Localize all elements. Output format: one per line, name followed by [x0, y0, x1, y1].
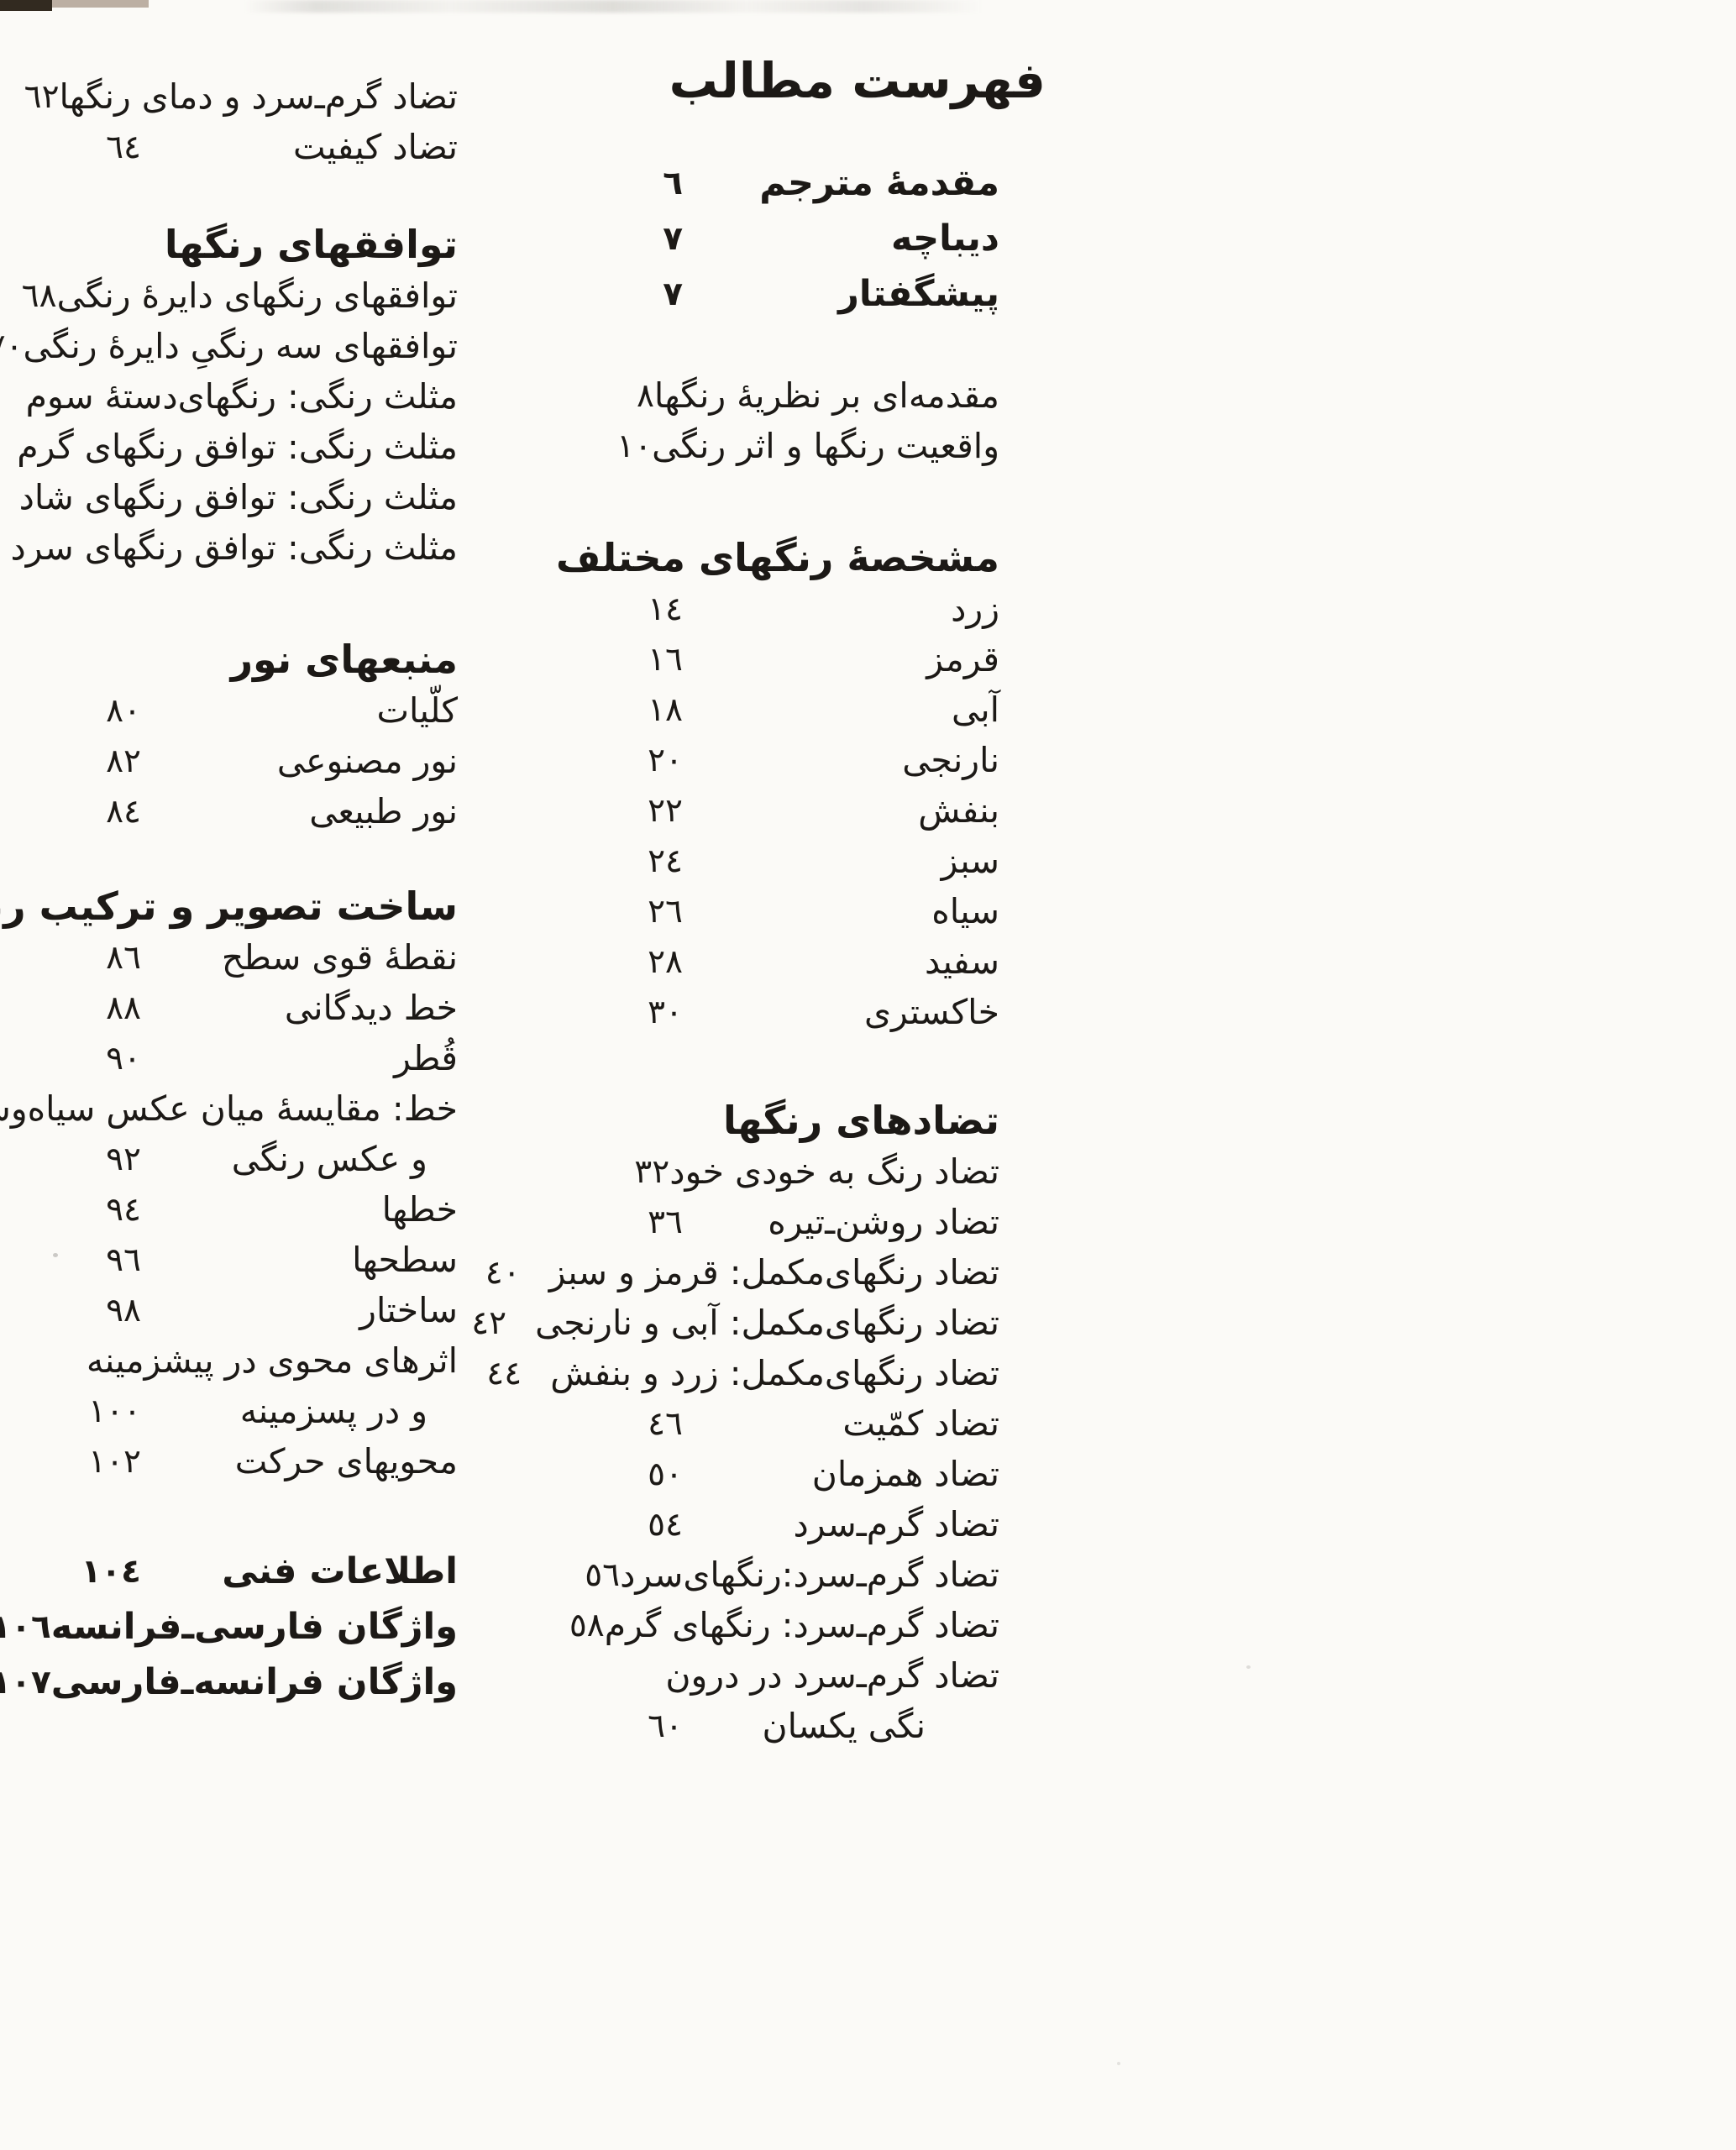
- entry-page-number: ٢٠: [617, 742, 683, 779]
- entry-title: دیباچه: [891, 218, 999, 260]
- toc-row: تضاد روشن‌ـ‌تیره٣٦: [617, 1197, 999, 1247]
- toc-row: بنفش٢٢: [617, 785, 999, 836]
- toc-row: مثلث رنگی: توافق رنگهای شاد٧٦: [76, 472, 458, 522]
- entry-title: توافقهای سه رنگیِ دایرهٔ رنگی: [24, 326, 459, 366]
- toc-section: تضادهای رنگهاتضاد رنگ به خودی خود٣٢تضاد …: [617, 1094, 999, 1751]
- toc-section: تضاد گرم‌ـ‌سرد و دمای رنگها٦٢تضاد کیفیت٦…: [76, 71, 458, 172]
- toc-row: نور طبیعی٨٤: [76, 786, 458, 836]
- entry-title: پیشگفتار: [838, 273, 999, 315]
- entry-title: نور مصنوعی: [277, 741, 458, 781]
- toc-row: خط: مقایسهٔ میان عکس سیاه‌وسفید: [76, 1083, 458, 1134]
- toc-section: توافقهای رنگهاتوافقهای رنگهای دایرهٔ رنگ…: [76, 218, 458, 573]
- toc-row: تضاد رنگهای‌مکمل: زرد و بنفش٤٤: [617, 1348, 999, 1398]
- toc-section: اطلاعات فنی١٠٤واژگان فارسی‌ـ‌فرانسه١٠٦وا…: [76, 1544, 458, 1710]
- entry-title: خط دیدگانی: [285, 988, 458, 1028]
- entry-page-number: ٩٨: [76, 1292, 141, 1329]
- entry-title: تضاد گرم‌ـ‌سرد در درون: [665, 1655, 999, 1696]
- entry-title: مثلث رنگی: توافق رنگهای سرد: [11, 527, 458, 568]
- scan-speckle: [53, 1253, 58, 1257]
- entry-title: آبی: [952, 690, 999, 730]
- entry-title: واقعیت رنگها و اثر رنگی: [652, 426, 999, 466]
- entry-title: تضاد کمّیت: [842, 1403, 999, 1444]
- toc-row: تضاد کیفیت٦٤: [76, 122, 458, 172]
- scan-artifact-dark-strip: [0, 0, 52, 11]
- entry-page-number: ٢٦: [617, 893, 683, 931]
- entry-page-number: ٥٠: [617, 1455, 683, 1493]
- toc-row: سفید٢٨: [617, 936, 999, 987]
- entry-page-number: ٩٤: [76, 1191, 141, 1229]
- toc-row: و در پسزمینه١٠٠: [76, 1386, 458, 1436]
- toc-row: تضاد گرم‌ـ‌سرد٥٤: [617, 1499, 999, 1550]
- toc-row: تضاد رنگهای‌مکمل: قرمز و سبز٤٠: [617, 1247, 999, 1298]
- toc-row: تضاد کمّیت٤٦: [617, 1398, 999, 1449]
- toc-row: تضاد گرم‌ـ‌سرد و دمای رنگها٦٢: [76, 71, 458, 122]
- entry-title: اثرهای محوی در پیشزمینه: [87, 1340, 458, 1381]
- entry-title: تضاد گرم‌ـ‌سرد:رنگهای‌سرد: [620, 1555, 999, 1595]
- entry-title: تضاد همزمان: [812, 1454, 999, 1494]
- entry-title: نگی یکسان: [763, 1706, 1000, 1746]
- toc-column-right: مقدمهٔ مترجم٦دیباچه٧پیشگفتار٧مقدمه‌ای بر…: [617, 155, 999, 1751]
- toc-row: خطها٩٤: [76, 1184, 458, 1235]
- toc-row: زرد١٤: [617, 584, 999, 634]
- entry-title: مثلث رنگی: رنگهای‌دستهٔ سوم: [26, 376, 458, 417]
- toc-row: و عکس رنگی٩٢: [76, 1134, 458, 1184]
- toc-row: پیشگفتار٧: [617, 266, 999, 322]
- entry-title: تضاد گرم‌ـ‌سرد: رنگهای گرم: [605, 1605, 999, 1645]
- entry-page-number: ٧٠: [0, 328, 24, 365]
- entry-page-number: ٦: [617, 165, 683, 202]
- toc-row: سبز٢٤: [617, 836, 999, 886]
- toc-row: توافقهای سه رنگیِ دایرهٔ رنگی٧٠: [76, 321, 458, 371]
- toc-section: ساخت تصویر و ترکیب رنگهانقطهٔ قوی سطح٨٦خ…: [76, 880, 458, 1487]
- entry-page-number: ١٠٤: [76, 1553, 141, 1591]
- entry-page-number: ٧: [617, 275, 683, 313]
- entry-page-number: ٣٠: [617, 994, 683, 1031]
- entry-title: سیاه: [931, 891, 999, 931]
- entry-title: مقدمهٔ مترجم: [759, 162, 999, 204]
- entry-title: اطلاعات فنی: [222, 1550, 458, 1592]
- toc-row: تضاد گرم‌ـ‌سرد: رنگهای گرم٥٨: [617, 1600, 999, 1650]
- entry-page-number: ١٠٦: [0, 1608, 51, 1646]
- toc-row: اثرهای محوی در پیشزمینه: [76, 1335, 458, 1386]
- section-heading: منبعهای نور: [76, 633, 458, 685]
- section-heading: ساخت تصویر و ترکیب رنگها: [76, 880, 458, 932]
- toc-section: مقدمه‌ای بر نظریهٔ رنگها٨واقعیت رنگها و …: [617, 370, 999, 471]
- entry-title: تضاد رنگهای‌مکمل: قرمز و سبز: [549, 1252, 999, 1293]
- entry-page-number: ٨٤: [76, 793, 141, 831]
- toc-row: محویهای حرکت١٠٢: [76, 1436, 458, 1487]
- entry-page-number: ٥٤: [617, 1506, 683, 1544]
- entry-title: تضاد گرم‌ـ‌سرد و دمای رنگها: [60, 76, 458, 117]
- entry-title: تضاد رنگ به خودی خود: [669, 1151, 999, 1192]
- entry-title: واژگان فارسی‌ـ‌فرانسه: [51, 1606, 458, 1648]
- toc-row: کلّیات٨٠: [76, 685, 458, 736]
- toc-row: قرمز١٦: [617, 634, 999, 684]
- entry-page-number: ١٨: [617, 691, 683, 729]
- entry-page-number: ١٠٠: [76, 1392, 141, 1430]
- entry-title: خط: مقایسهٔ میان عکس سیاه‌وسفید: [0, 1088, 458, 1129]
- entry-page-number: ٣٢: [604, 1153, 669, 1191]
- toc-row: قُطر٩٠: [76, 1033, 458, 1083]
- entry-title: تضاد گرم‌ـ‌سرد: [793, 1504, 999, 1544]
- scan-artifact-gray-band: [244, 0, 983, 13]
- toc-column-left: تضاد گرم‌ـ‌سرد و دمای رنگها٦٢تضاد کیفیت٦…: [76, 71, 458, 1710]
- entry-title: کلّیات: [376, 690, 458, 731]
- entry-page-number: ٩٦: [76, 1241, 141, 1279]
- entry-page-number: ٨٦: [76, 939, 141, 977]
- toc-row: واژگان فارسی‌ـ‌فرانسه١٠٦: [76, 1599, 458, 1654]
- entry-title: زرد: [951, 589, 999, 629]
- entry-title: نارنجی: [902, 740, 999, 780]
- toc-row: مقدمه‌ای بر نظریهٔ رنگها٨: [617, 370, 999, 421]
- entry-title: تضاد رنگهای‌مکمل: زرد و بنفش: [550, 1353, 999, 1393]
- entry-title: و عکس رنگی: [232, 1139, 458, 1179]
- entry-page-number: ٣٦: [617, 1203, 683, 1241]
- entry-title: و در پسزمینه: [240, 1391, 458, 1431]
- toc-row: اطلاعات فنی١٠٤: [76, 1544, 458, 1599]
- toc-row: سطحها٩٦: [76, 1235, 458, 1285]
- toc-row: ساختار٩٨: [76, 1285, 458, 1335]
- toc-section: منبعهای نورکلّیات٨٠نور مصنوعی٨٢نور طبیعی…: [76, 633, 458, 836]
- toc-row: واقعیت رنگها و اثر رنگی١٠: [617, 421, 999, 471]
- entry-page-number: ١٠٧: [0, 1664, 51, 1702]
- toc-row: آبی١٨: [617, 684, 999, 735]
- entry-page-number: ٢٢: [617, 792, 683, 830]
- toc-row: تضاد گرم‌ـ‌سرد در درون: [617, 1650, 999, 1701]
- section-heading: مشخصهٔ رنگهای مختلف: [617, 532, 999, 584]
- toc-row: مقدمهٔ مترجم٦: [617, 155, 999, 211]
- entry-page-number: ١٦: [617, 641, 683, 679]
- scan-speckle: [1246, 1665, 1251, 1669]
- entry-page-number: ٥٨: [539, 1607, 605, 1644]
- entry-title: نور طبیعی: [309, 791, 458, 831]
- toc-row: نارنجی٢٠: [617, 735, 999, 785]
- toc-row: تضاد رنگ به خودی خود٣٢: [617, 1146, 999, 1197]
- entry-title: خاکستری: [864, 992, 999, 1032]
- entry-title: تضاد روشن‌ـ‌تیره: [768, 1202, 999, 1242]
- entry-page-number: ٩٠: [76, 1040, 141, 1078]
- entry-title: مثلث رنگی: توافق رنگهای شاد: [19, 477, 458, 517]
- entry-title: سفید: [925, 941, 999, 982]
- toc-section: مقدمهٔ مترجم٦دیباچه٧پیشگفتار٧: [617, 155, 999, 322]
- toc-row: واژگان فرانسه‌ـ‌فارسی١٠٧: [76, 1654, 458, 1710]
- entry-page-number: ٨٨: [76, 989, 141, 1027]
- toc-row: سیاه٢٦: [617, 886, 999, 936]
- page-title: فهرست مطالب: [669, 52, 1046, 109]
- toc-row: مثلث رنگی: توافق رنگهای سرد٧٨: [76, 522, 458, 573]
- entry-page-number: ٢٨: [617, 943, 683, 981]
- entry-title: خطها: [382, 1189, 458, 1230]
- entry-title: مثلث رنگی: توافق رنگهای گرم: [17, 427, 458, 467]
- entry-title: بنفش: [918, 790, 999, 831]
- entry-page-number: ٦٤: [76, 128, 141, 166]
- entry-title: سبز: [941, 841, 999, 881]
- entry-page-number: ٦٠: [617, 1707, 683, 1745]
- entry-page-number: ٨٠: [76, 692, 141, 730]
- toc-row: نگی یکسان٦٠: [617, 1701, 999, 1751]
- entry-title: قُطر: [394, 1038, 458, 1078]
- toc-row: تضاد گرم‌ـ‌سرد:رنگهای‌سرد٥٦: [617, 1550, 999, 1600]
- scan-speckle: [1117, 2062, 1120, 2065]
- entry-title: محویهای حرکت: [235, 1441, 458, 1481]
- entry-page-number: ٦٢: [0, 78, 60, 116]
- entry-title: ساختار: [359, 1290, 458, 1330]
- section-heading: تضادهای رنگها: [617, 1094, 999, 1146]
- entry-title: سطحها: [352, 1240, 458, 1280]
- toc-row: مثلث رنگی: توافق رنگهای گرم٧٤: [76, 422, 458, 472]
- scanned-page: فهرست مطالب مقدمهٔ مترجم٦دیباچه٧پیشگفتار…: [0, 0, 1736, 2150]
- entry-page-number: ٨٢: [76, 742, 141, 780]
- entry-title: مقدمه‌ای بر نظریهٔ رنگها: [654, 375, 999, 416]
- toc-row: تضاد رنگهای‌مکمل: آبی و نارنجی٤٢: [617, 1298, 999, 1348]
- toc-row: توافقهای رنگهای دایرهٔ رنگی٦٨: [76, 270, 458, 321]
- entry-title: توافقهای رنگهای دایرهٔ رنگی: [57, 275, 458, 316]
- entry-page-number: ٦٨: [0, 277, 57, 315]
- toc-row: تضاد همزمان٥٠: [617, 1449, 999, 1499]
- entry-title: تضاد رنگهای‌مکمل: آبی و نارنجی: [535, 1303, 999, 1343]
- entry-title: تضاد کیفیت: [293, 127, 458, 167]
- toc-row: مثلث رنگی: رنگهای‌دستهٔ سوم٧٢: [76, 371, 458, 422]
- entry-page-number: ١٠: [586, 427, 652, 465]
- entry-page-number: ٢٤: [617, 842, 683, 880]
- entry-page-number: ٧: [617, 220, 683, 258]
- entry-page-number: ١٤: [617, 590, 683, 628]
- entry-page-number: ٤٦: [617, 1405, 683, 1443]
- entry-page-number: ٩٢: [76, 1141, 141, 1178]
- toc-row: دیباچه٧: [617, 211, 999, 266]
- toc-row: خط دیدگانی٨٨: [76, 983, 458, 1033]
- entry-page-number: ١٠٢: [76, 1443, 141, 1481]
- section-heading: توافقهای رنگها: [76, 218, 458, 270]
- toc-row: نور مصنوعی٨٢: [76, 736, 458, 786]
- toc-row: خاکستری٣٠: [617, 987, 999, 1037]
- entry-title: قرمز: [926, 639, 999, 679]
- entry-page-number: ٨: [589, 377, 654, 415]
- toc-section: مشخصهٔ رنگهای مختلفزرد١٤قرمز١٦آبی١٨نارنج…: [617, 532, 999, 1037]
- toc-row: نقطهٔ قوی سطح٨٦: [76, 932, 458, 983]
- entry-title: واژگان فرانسه‌ـ‌فارسی: [51, 1661, 458, 1703]
- scan-artifact-strip-fade: [52, 0, 149, 8]
- entry-page-number: ٥٦: [554, 1556, 620, 1594]
- entry-title: نقطهٔ قوی سطح: [222, 937, 458, 978]
